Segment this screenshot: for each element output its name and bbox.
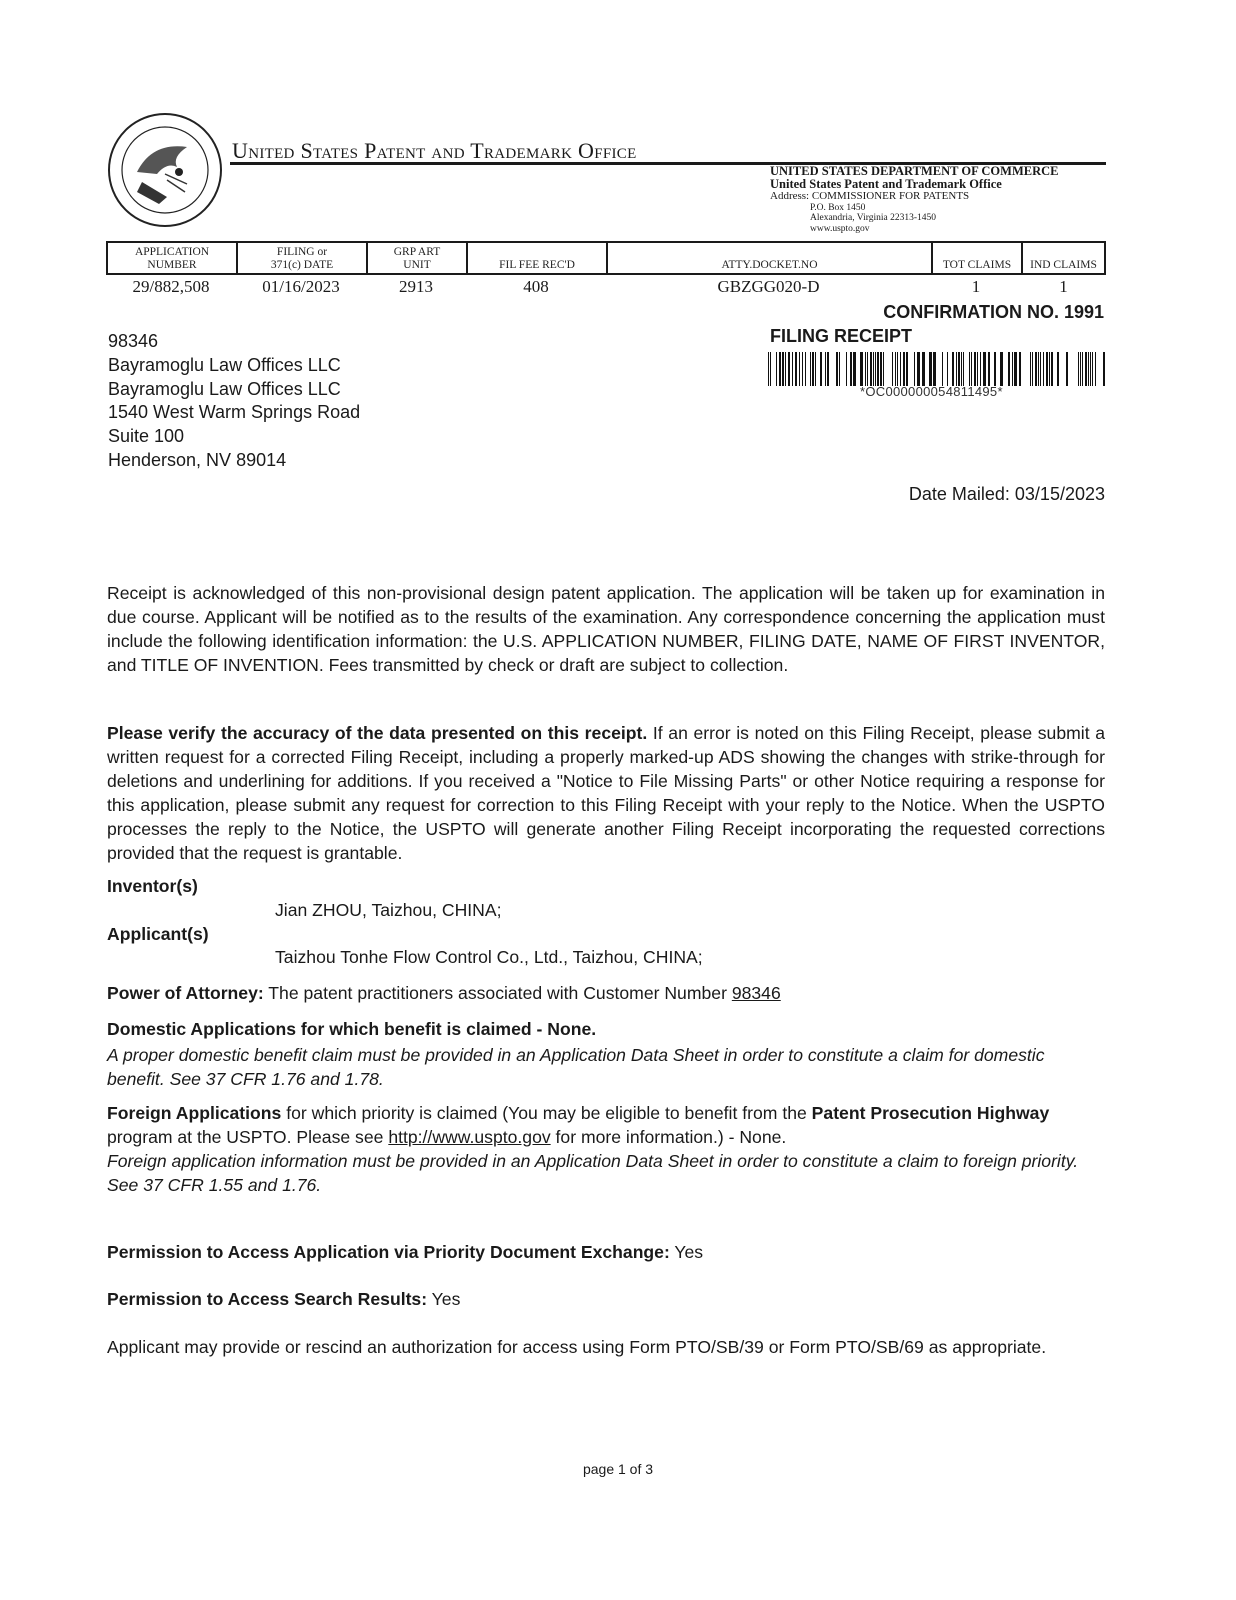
address-line: Address: COMMISSIONER FOR PATENTS <box>770 191 1058 203</box>
header-line: IND CLAIMS <box>1030 259 1097 272</box>
foreign-heading: Foreign Applications <box>107 1103 281 1123</box>
col-header-filing-date: FILING or 371(c) DATE <box>238 243 368 273</box>
foreign-applications-note: Foreign application information must be … <box>107 1151 1078 1195</box>
department-address-block: UNITED STATES DEPARTMENT OF COMMERCE Uni… <box>770 165 1058 234</box>
uspto-seal-icon <box>107 112 223 228</box>
barcode-text: *OC000000054811495* <box>860 384 1003 399</box>
verification-heading: Please verify the accuracy of the data p… <box>107 723 647 743</box>
office-title: United States Patent and Trademark Offic… <box>232 138 637 164</box>
applicant-value: Taizhou Tonhe Flow Control Co., Ltd., Ta… <box>275 947 703 968</box>
address-line: Henderson, NV 89014 <box>108 449 360 473</box>
header-line: TOT CLAIMS <box>943 259 1011 272</box>
permission-priority-document: Permission to Access Application via Pri… <box>107 1242 703 1263</box>
filing-date: 01/16/2023 <box>236 277 366 297</box>
ind-claims: 1 <box>1021 277 1106 297</box>
domestic-applications-note: A proper domestic benefit claim must be … <box>107 1043 1107 1091</box>
page-number: page 1 of 3 <box>0 1461 1236 1477</box>
grp-art-unit: 2913 <box>366 277 466 297</box>
application-info-values: 29/882,508 01/16/2023 2913 408 GBZGG020-… <box>106 277 1106 297</box>
power-of-attorney: Power of Attorney: The patent practition… <box>107 983 781 1004</box>
header-line: ATTY.DOCKET.NO <box>721 259 817 272</box>
col-header-atty-docket: ATTY.DOCKET.NO <box>608 243 933 273</box>
application-number: 29/882,508 <box>106 277 236 297</box>
header-line: UNIT <box>403 259 430 272</box>
access-authorization-note: Applicant may provide or rescind an auth… <box>107 1335 1105 1359</box>
website: www.uspto.gov <box>770 224 1058 234</box>
poa-text: The patent practitioners associated with… <box>264 983 732 1003</box>
barcode-icon <box>768 352 1106 386</box>
date-mailed: Date Mailed: 03/15/2023 <box>909 484 1105 505</box>
perm-label: Permission to Access Application via Pri… <box>107 1242 670 1262</box>
verification-text: If an error is noted on this Filing Rece… <box>107 723 1105 863</box>
foreign-text: for which priority is claimed (You may b… <box>281 1103 811 1123</box>
col-header-ind-claims: IND CLAIMS <box>1023 243 1104 273</box>
header-line: APPLICATION <box>135 246 209 259</box>
header-line: GRP ART <box>394 246 441 259</box>
po-box: P.O. Box 1450 <box>770 203 1058 213</box>
col-header-fil-fee: FIL FEE REC'D <box>468 243 608 273</box>
city-line: Alexandria, Virginia 22313-1450 <box>770 213 1058 223</box>
acknowledgement-paragraph: Receipt is acknowledged of this non-prov… <box>107 581 1105 677</box>
poa-label: Power of Attorney: <box>107 983 264 1003</box>
customer-number-link[interactable]: 98346 <box>732 983 781 1003</box>
perm-value: Yes <box>670 1242 703 1262</box>
address-line: 1540 West Warm Springs Road <box>108 401 360 425</box>
foreign-text: program at the USPTO. Please see <box>107 1127 388 1147</box>
inventor-value: Jian ZHOU, Taizhou, CHINA; <box>275 900 502 921</box>
document-title: FILING RECEIPT <box>770 326 912 347</box>
col-header-grp-art-unit: GRP ART UNIT <box>368 243 468 273</box>
header-line: FILING or <box>277 246 327 259</box>
verification-paragraph: Please verify the accuracy of the data p… <box>107 721 1105 865</box>
perm-value: Yes <box>427 1289 460 1309</box>
inventor-label: Inventor(s) <box>107 876 198 897</box>
uspto-website-link[interactable]: http://www.uspto.gov <box>388 1127 550 1147</box>
address-line: Suite 100 <box>108 425 360 449</box>
tot-claims: 1 <box>931 277 1021 297</box>
domestic-applications-heading: Domestic Applications for which benefit … <box>107 1019 596 1040</box>
col-header-application-number: APPLICATION NUMBER <box>108 243 238 273</box>
atty-docket-no: GBZGG020-D <box>606 277 931 297</box>
perm-label: Permission to Access Search Results: <box>107 1289 427 1309</box>
address-line: Bayramoglu Law Offices LLC <box>108 354 360 378</box>
customer-number: 98346 <box>108 330 360 354</box>
pph-label: Patent Prosecution Highway <box>812 1103 1050 1123</box>
applicant-label: Applicant(s) <box>107 924 209 945</box>
col-header-tot-claims: TOT CLAIMS <box>933 243 1023 273</box>
header-line: 371(c) DATE <box>271 259 333 272</box>
application-info-table: APPLICATION NUMBER FILING or 371(c) DATE… <box>106 241 1106 275</box>
confirmation-number: CONFIRMATION NO. 1991 <box>883 302 1104 323</box>
header-line: FIL FEE REC'D <box>499 259 575 272</box>
foreign-applications-section: Foreign Applications for which priority … <box>107 1101 1107 1197</box>
header-line: NUMBER <box>147 259 196 272</box>
address-line: Bayramoglu Law Offices LLC <box>108 378 360 402</box>
correspondence-address: 98346 Bayramoglu Law Offices LLC Bayramo… <box>108 330 360 473</box>
permission-search-results: Permission to Access Search Results: Yes <box>107 1289 460 1310</box>
foreign-text: for more information.) - None. <box>551 1127 787 1147</box>
fil-fee-recd: 408 <box>466 277 606 297</box>
